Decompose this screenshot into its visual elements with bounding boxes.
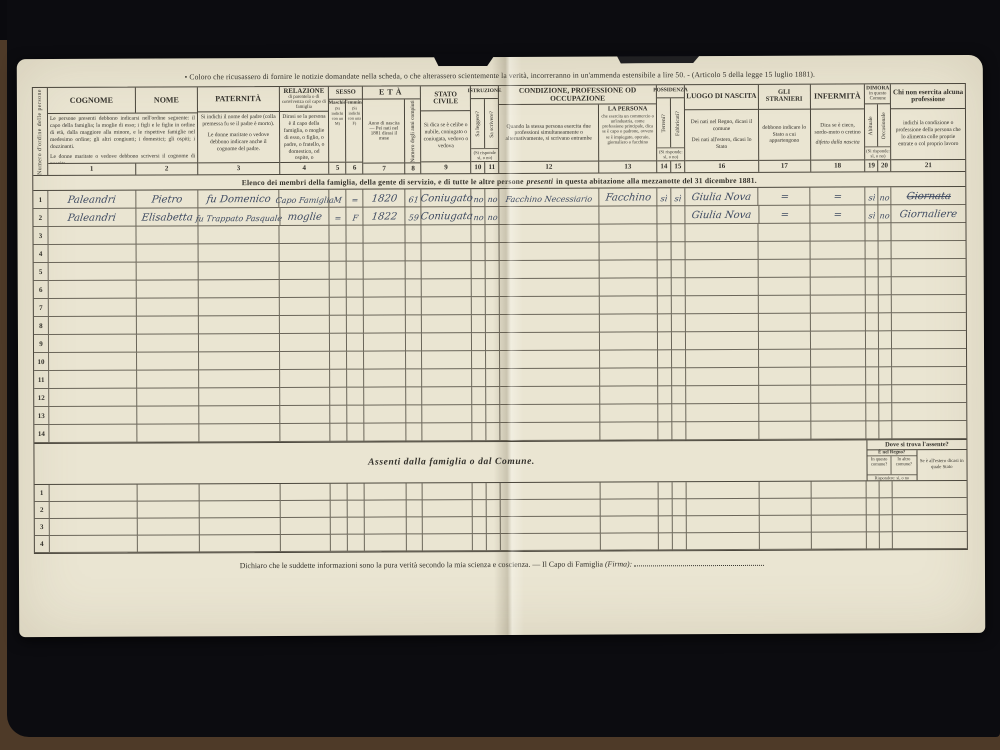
- entry-cell: [281, 535, 331, 552]
- istruzione-note: (Si risponde sì, o no): [471, 148, 498, 161]
- entry-cell: [811, 313, 866, 331]
- entry-cell: [685, 314, 759, 332]
- entry-cell: [423, 483, 473, 500]
- col-stranieri-header: GLI STRANIERI debbono indicare lo Stato …: [759, 85, 811, 172]
- col-istruzione-header: ISTRUZIONE Sa leggere? Sa scrivere? (Si …: [471, 86, 499, 173]
- entry-cell: [599, 242, 657, 260]
- entry-cell: [407, 500, 423, 517]
- entry-cell: =: [330, 208, 347, 226]
- handwritten-entry: sì: [868, 212, 876, 222]
- handwritten-entry: no: [879, 212, 890, 222]
- entry-cell: [686, 404, 760, 422]
- entry-cell: [500, 207, 600, 225]
- entry-cell: [657, 242, 671, 260]
- entry-cell: [347, 334, 364, 352]
- entry-cell: [879, 277, 892, 295]
- col-num-2: 2: [136, 163, 197, 174]
- entry-cell: [472, 387, 486, 405]
- entry-cell: [406, 225, 422, 243]
- entry-cell: [500, 297, 600, 315]
- occasionale-label: Occasionale: [881, 112, 887, 139]
- entry-cell: [500, 261, 600, 279]
- handwritten-entry: =: [334, 215, 342, 225]
- entry-cell: [422, 225, 472, 243]
- paternita-desc-p1: Si indichi il nome del padre (colla prem…: [200, 114, 277, 128]
- eta-anno-sub: Anno di nascita — Pei nati nel 1881 dira…: [363, 99, 405, 162]
- handwritten-entry: Giulia Nova: [691, 193, 752, 205]
- entry-cell: [892, 349, 966, 367]
- stranieri-title: GLI STRANIERI: [759, 85, 810, 110]
- entry-cell: [365, 483, 407, 500]
- entry-cell: Giornaliere: [892, 205, 966, 223]
- elenco-pre: Elenco dei membri della famiglia, della …: [242, 176, 524, 186]
- entry-cell: [486, 315, 500, 333]
- entry-cell: [423, 534, 473, 551]
- entry-cell: [138, 518, 200, 535]
- luogo-desc-p1: Dei nati nel Regno, dicasi il comune: [687, 119, 756, 133]
- row-number-cell: 12: [34, 389, 49, 407]
- entry-cell: [879, 295, 892, 313]
- entry-cell: [281, 370, 331, 388]
- entry-cell: [672, 404, 686, 422]
- entry-cell: Pietro: [136, 190, 198, 208]
- entry-cell: [892, 241, 966, 259]
- entry-cell: [600, 368, 658, 386]
- entry-cell: 1822: [364, 207, 406, 225]
- entry-cell: [600, 314, 658, 332]
- entry-cell: [136, 262, 198, 280]
- col-chi-non-esercita-header: Chi non esercita alcuna professione indi…: [891, 84, 965, 171]
- entry-cell: [486, 297, 500, 315]
- entry-cell: F: [347, 208, 364, 226]
- entry-cell: Paleandri: [48, 191, 136, 209]
- entry-cell: [812, 385, 867, 403]
- entry-cell: [686, 533, 760, 550]
- entry-cell: [500, 351, 600, 369]
- entry-cell: [672, 533, 686, 550]
- entry-cell: [879, 385, 892, 403]
- entry-cell: [759, 278, 811, 296]
- entry-cell: [500, 333, 600, 351]
- entry-cell: [406, 351, 422, 369]
- condizione-desc: Quando la stessa persona esercita due pr…: [499, 104, 599, 161]
- entry-cell: [760, 482, 812, 499]
- col-num-5: 5: [330, 163, 347, 174]
- entry-cell: [487, 534, 501, 551]
- entry-cell: [422, 261, 472, 279]
- dimora-note: (Si risponde: sì, o no): [865, 146, 890, 159]
- entry-cell: [406, 369, 422, 387]
- luogo-desc-p2: Dei nati all'estero, dicasi lo Stato: [687, 137, 756, 151]
- handwritten-entry: sì: [868, 194, 876, 204]
- entry-cell: [486, 369, 500, 387]
- row-number-cell: 14: [34, 425, 49, 443]
- dimora-title: DIMORA in questo Comune: [865, 84, 890, 104]
- entry-cell: [892, 403, 966, 421]
- entry-cell: [280, 316, 330, 334]
- entry-cell: [347, 262, 364, 280]
- entry-cell: [348, 484, 365, 501]
- dimora-subtitle: in questo Comune: [866, 92, 889, 102]
- infermita-desc-p1: Dica se è cieco, sordo-muto o cretino: [813, 122, 863, 136]
- entry-cell: [49, 353, 137, 371]
- luogo-nascita-desc: Dei nati nel Regno, dicasi il comune Dei…: [685, 110, 758, 160]
- possidenza-note: (Si risponde: sì, o no): [657, 147, 684, 160]
- chi-non-esercita-desc: indichi la condizione o professione dell…: [891, 109, 965, 159]
- handwritten-entry: =: [833, 193, 843, 205]
- entry-cell: no: [471, 189, 485, 207]
- entry-cell: Giulia Nova: [685, 188, 759, 206]
- entry-cell: [137, 352, 199, 370]
- stato-civile-desc: Si dica se è celibe o nubile, coniugato …: [421, 111, 470, 161]
- entry-cell: [880, 532, 893, 549]
- entry-cell: [406, 405, 422, 423]
- entry-cell: [867, 498, 880, 515]
- entry-cell: [280, 244, 330, 262]
- entry-cell: [760, 499, 812, 516]
- entry-cell: [892, 331, 966, 349]
- entry-cell: [137, 501, 199, 518]
- handwritten-entry: Elisabetta: [140, 213, 193, 225]
- possidenza-title: POSSIDENZA: [657, 85, 684, 98]
- eta-title: ETÀ: [363, 86, 420, 99]
- entry-cell: [49, 317, 137, 335]
- paper-top-shadow-notch: [432, 53, 496, 66]
- entry-cell: [487, 483, 501, 500]
- entry-cell: [866, 403, 879, 421]
- entry-cell: [473, 517, 487, 534]
- entry-cell: [879, 367, 892, 385]
- paper-top-shadow-wedge: [616, 53, 702, 63]
- entry-cell: [137, 406, 199, 424]
- entry-cell: [866, 259, 879, 277]
- paternita-desc: Si indichi il nome del padre (colla prem…: [198, 112, 279, 162]
- entry-cell: [365, 423, 407, 441]
- handwritten-entry: sì: [660, 195, 668, 205]
- entry-cell: [137, 424, 199, 442]
- handwritten-entry: =: [779, 211, 789, 223]
- entry-cell: [811, 223, 866, 241]
- entry-cell: [473, 534, 487, 551]
- entry-cell: [686, 332, 760, 350]
- entry-cell: [686, 516, 760, 533]
- entry-cell: [331, 535, 348, 552]
- entry-cell: [347, 316, 364, 334]
- col-num-19: 19: [866, 160, 879, 171]
- entry-cell: [486, 405, 500, 423]
- handwritten-entry: sì: [674, 195, 682, 205]
- entry-cell: [348, 424, 365, 442]
- sesso-title: SESSO: [329, 87, 362, 100]
- entry-cell: Capo Famiglia: [280, 190, 330, 208]
- entry-cell: [500, 423, 600, 441]
- entry-cell: [500, 369, 600, 387]
- entry-cell: [671, 206, 685, 224]
- entry-cell: [198, 226, 280, 244]
- entry-cell: [486, 225, 500, 243]
- entry-cell: [137, 484, 199, 501]
- col-num-20: 20: [879, 160, 891, 171]
- entry-cell: [892, 277, 966, 295]
- entry-cell: sì: [671, 188, 685, 206]
- entry-cell: [880, 498, 893, 515]
- entry-cell: [348, 518, 365, 535]
- entry-cell: [657, 206, 671, 224]
- entry-cell: [671, 278, 685, 296]
- entry-cell: [657, 296, 671, 314]
- row-number-cell: 7: [34, 299, 49, 317]
- relazione-title: RELAZIONE di parentela o di convivenza c…: [279, 87, 328, 112]
- row-number-cell: 4: [35, 536, 50, 553]
- infermita-title: INFERMITÀ: [810, 84, 864, 109]
- entry-cell: [599, 206, 657, 224]
- entry-cell: [280, 334, 330, 352]
- entry-cell: [866, 385, 879, 403]
- entry-cell: =: [759, 188, 811, 206]
- entry-cell: [867, 421, 880, 439]
- femmina-note: (Si indichi con una F): [346, 106, 362, 126]
- la-persona-sub: LA PERSONA che esercita un commercio o u…: [599, 104, 656, 161]
- entry-cell: moglie: [280, 208, 330, 226]
- declaration-line: Dichiaro che le suddette informazioni so…: [34, 550, 970, 571]
- entry-cell: [49, 335, 137, 353]
- col-condizione-header: CONDIZIONE, PROFESSIONE OD OCCUPAZIONE Q…: [499, 85, 657, 173]
- entry-cell: [685, 278, 759, 296]
- entry-cell: [657, 260, 671, 278]
- entry-cell: [879, 331, 892, 349]
- entry-cell: [600, 422, 658, 440]
- entry-cell: [348, 535, 365, 552]
- entry-cell: [331, 388, 348, 406]
- col-num-15: 15: [671, 161, 684, 172]
- col-num-12: 12: [499, 162, 599, 173]
- elenco-post: in questa abitazione alla mezzanotte del…: [556, 175, 757, 185]
- entry-cell: [48, 227, 136, 245]
- entry-cell: Giulia Nova: [685, 206, 759, 224]
- row-number-cell: 9: [34, 335, 49, 353]
- entry-cell: [879, 403, 892, 421]
- entry-cell: [671, 224, 685, 242]
- entry-cell: [657, 278, 671, 296]
- entry-cell: [812, 403, 867, 421]
- entry-cell: [199, 406, 281, 424]
- col-num-9: 9: [422, 162, 471, 173]
- entry-cell: [487, 517, 501, 534]
- entry-cell: [347, 298, 364, 316]
- col-num-10: 10: [471, 162, 485, 173]
- entry-cell: [672, 422, 686, 440]
- entry-cell: [658, 482, 672, 499]
- entry-cell: [472, 405, 486, 423]
- entry-cell: [600, 386, 658, 404]
- entry-cell: [280, 262, 330, 280]
- entry-cell: [892, 295, 966, 313]
- entry-cell: [422, 405, 472, 423]
- entry-cell: [331, 484, 348, 501]
- entry-cell: [685, 260, 759, 278]
- entry-cell: fu Trappato Pasquale: [198, 208, 280, 226]
- entry-cell: [472, 261, 486, 279]
- handwritten-entry: Coniugato: [419, 194, 473, 206]
- col-num-4: 4: [280, 163, 329, 174]
- entry-cell: [330, 334, 347, 352]
- eta-anni-sub: Numero degli anni compiuti: [405, 99, 420, 162]
- entry-cell: [685, 296, 759, 314]
- entry-cell: [811, 367, 866, 385]
- entry-cell: [811, 241, 866, 259]
- sesso-femmina-sub: Femmina (Si indichi con una F): [346, 100, 362, 162]
- entry-cell: Facchino: [599, 188, 657, 206]
- fabbricati-label: Fabbricati?: [675, 111, 681, 136]
- terreni-label: Terreni?: [661, 114, 667, 132]
- person-number-vertical-label: Numero d'ordine delle persone: [37, 89, 43, 175]
- entry-cell: [672, 350, 686, 368]
- entry-cell: [406, 261, 422, 279]
- entry-cell: [686, 499, 760, 516]
- entry-cell: [760, 404, 812, 422]
- entry-cell: [759, 260, 811, 278]
- entry-cell: [348, 388, 365, 406]
- entry-cell: 1820: [364, 189, 406, 207]
- entry-cell: [422, 297, 472, 315]
- entry-cell: [348, 406, 365, 424]
- entry-cell: [866, 331, 879, 349]
- sa-leggere-label: Sa leggere?: [475, 111, 481, 137]
- entry-cell: [281, 501, 331, 518]
- entry-cell: [879, 349, 892, 367]
- col-num-21: 21: [892, 160, 966, 171]
- entry-cell: [407, 534, 423, 551]
- eta-anni-vertical-label: Numero degli anni compiuti: [410, 100, 416, 162]
- entry-cell: [472, 333, 486, 351]
- handwritten-entry: Giornata: [905, 192, 951, 204]
- row-number-cell: 6: [34, 281, 49, 299]
- entry-cell: [473, 500, 487, 517]
- entry-cell: [198, 244, 280, 262]
- entry-cell: [472, 297, 486, 315]
- entry-cell: [136, 226, 198, 244]
- entry-cell: [500, 315, 600, 333]
- entry-cell: [347, 370, 364, 388]
- entry-cell: [280, 352, 330, 370]
- entry-cell: [672, 386, 686, 404]
- entry-cell: [672, 482, 686, 499]
- entry-cell: [867, 481, 880, 498]
- entry-cell: [472, 315, 486, 333]
- entry-cell: [759, 350, 811, 368]
- entry-cell: [472, 279, 486, 297]
- entry-cell: [685, 242, 759, 260]
- la-persona-desc: che esercita un commercio o un'industria…: [600, 113, 655, 145]
- entry-cell: [364, 387, 406, 405]
- entry-cell: [892, 367, 966, 385]
- entry-cell: [281, 424, 331, 442]
- entry-cell: [138, 535, 200, 552]
- entry-cell: [365, 500, 407, 517]
- entry-cell: [423, 423, 473, 441]
- entry-cell: [686, 482, 760, 499]
- entry-cell: [486, 351, 500, 369]
- dove-questo-comune: In questo comune?: [867, 456, 891, 474]
- entry-cell: sì: [657, 188, 671, 206]
- entry-cell: [879, 223, 892, 241]
- entry-cell: [671, 242, 685, 260]
- entry-cell: [812, 481, 867, 498]
- entry-cell: =: [811, 205, 866, 223]
- entry-cell: [49, 389, 137, 407]
- entry-cell: [760, 368, 812, 386]
- luogo-nascita-title: LUOGO DI NASCITA: [685, 85, 758, 110]
- entry-cell: [199, 370, 281, 388]
- entry-cell: [893, 532, 967, 549]
- entry-cell: [199, 535, 281, 552]
- entry-cell: [423, 517, 473, 534]
- entry-cell: [407, 483, 423, 500]
- entry-cell: [600, 332, 658, 350]
- col-num-11: 11: [485, 162, 498, 173]
- paternita-title: PATERNITÀ: [198, 87, 279, 112]
- dove-estero: Se è all'estero dicasi in quale Stato: [917, 450, 967, 480]
- sa-leggere-sub: Sa leggere?: [471, 99, 485, 148]
- col-paternita-header: PATERNITÀ Si indichi il nome del padre (…: [198, 87, 280, 174]
- condizione-title: CONDIZIONE, PROFESSIONE OD OCCUPAZIONE: [499, 85, 656, 104]
- entry-cell: [500, 243, 600, 261]
- handwritten-entry: 1820: [371, 194, 398, 206]
- fabbricati-sub: Fabbricati?: [671, 98, 684, 147]
- entry-cell: [866, 223, 879, 241]
- handwritten-entry: no: [486, 196, 497, 206]
- entry-cell: [867, 515, 880, 532]
- entry-cell: [472, 243, 486, 261]
- census-form-sheet: • Coloro che ricusassero di fornire le n…: [17, 55, 986, 637]
- entry-cell: [330, 370, 347, 388]
- handwritten-entry: Giornaliere: [899, 210, 958, 222]
- relazione-desc: Dirasi se la persona è il capo della fam…: [280, 112, 329, 162]
- handwritten-entry: 61: [407, 196, 419, 206]
- col-num-14: 14: [657, 161, 671, 172]
- entry-cell: [760, 386, 812, 404]
- entry-cell: [500, 279, 600, 297]
- row-number-cell: 5: [34, 263, 49, 281]
- entry-cell: [423, 500, 473, 517]
- col-num-1: 1: [48, 164, 136, 175]
- entry-cell: [601, 533, 659, 550]
- handwritten-entry: 59: [407, 214, 419, 224]
- entry-cell: [331, 501, 348, 518]
- entry-cell: =: [811, 187, 866, 205]
- col-eta-header: ETÀ Anno di nascita — Pei nati nel 1881 …: [363, 86, 421, 173]
- entry-cell: Coniugato: [421, 189, 471, 207]
- entry-cell: [472, 225, 486, 243]
- entry-cell: [50, 536, 138, 553]
- entry-cell: no: [486, 207, 500, 225]
- col-num-3: 3: [198, 163, 279, 174]
- col-num-16: 16: [685, 161, 758, 172]
- handwritten-entry: =: [351, 197, 359, 207]
- chi-non-esercita-title: Chi non esercita alcuna professione: [891, 84, 965, 109]
- entry-cell: [671, 314, 685, 332]
- entry-cell: no: [879, 187, 892, 205]
- entry-cell: [199, 484, 281, 501]
- dove-nota: Rispondere: sì, o no: [868, 474, 917, 480]
- entry-cell: [486, 261, 500, 279]
- relazione-subtitle: di parentela o di convivenza col capo di…: [280, 95, 327, 110]
- row-number-cell: 1: [33, 191, 48, 209]
- entry-cell: [866, 367, 879, 385]
- sa-scrivere-sub: Sa scrivere?: [485, 99, 498, 148]
- entry-cell: [136, 244, 198, 262]
- col-cognome-nome-header: COGNOME NOME Le persone presenti debbono…: [48, 87, 198, 175]
